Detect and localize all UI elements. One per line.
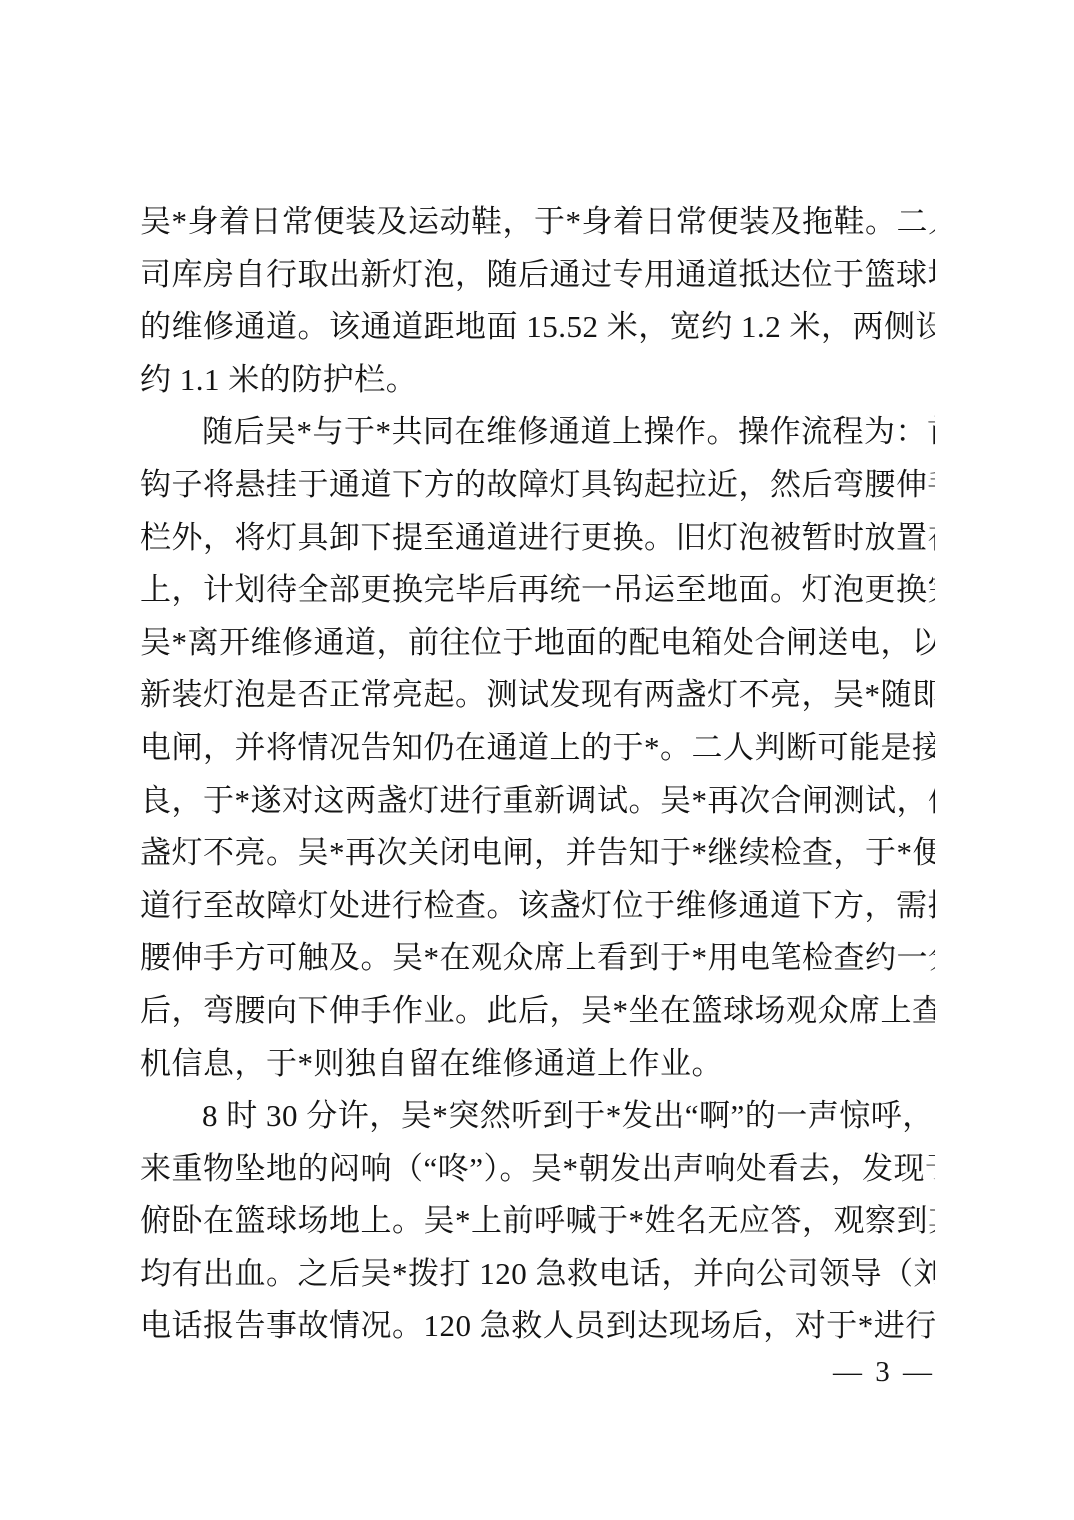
page-number: — 3 —: [833, 1356, 935, 1389]
text-line: 吴*离开维修通道，前往位于地面的配电箱处合闸送电，以测试: [140, 617, 935, 670]
text-line: 电闸，并将情况告知仍在通道上的于*。二人判断可能是接触不: [140, 722, 935, 775]
document-body: 吴*身着日常便装及运动鞋，于*身着日常便装及拖鞋。二人从公司库房自行取出新灯泡，…: [140, 196, 935, 1353]
text-line: 栏外，将灯具卸下提至通道进行更换。旧灯泡被暂时放置在通道: [140, 512, 935, 565]
paragraph-2: 随后吴*与于*共同在维修通道上操作。操作流程为：首先用钩子将悬挂于通道下方的故障…: [140, 406, 935, 1090]
text-line: 司库房自行取出新灯泡，随后通过专用通道抵达位于篮球场上方: [140, 249, 935, 302]
text-line: 盏灯不亮。吴*再次关闭电闸，并告知于*继续检查，于*便沿通: [140, 827, 935, 880]
text-line: 的维修通道。该通道距地面 15.52 米，宽约 1.2 米，两侧设有高: [140, 301, 935, 354]
text-line: 良，于*遂对这两盏灯进行重新调试。吴*再次合闸测试，仍有一: [140, 775, 935, 828]
text-line: 8 时 30 分许，吴*突然听到于*发出“啊”的一声惊呼，随即传: [140, 1090, 935, 1143]
text-line: 约 1.1 米的防护栏。: [140, 354, 935, 407]
text-line: 钩子将悬挂于通道下方的故障灯具钩起拉近，然后弯腰伸手至护: [140, 459, 935, 512]
text-line: 上，计划待全部更换完毕后再统一吊运至地面。灯泡更换完毕后，: [140, 564, 935, 617]
text-line: 机信息，于*则独自留在维修通道上作业。: [140, 1038, 935, 1091]
text-line: 随后吴*与于*共同在维修通道上操作。操作流程为：首先用: [140, 406, 935, 459]
paragraph-3: 8 时 30 分许，吴*突然听到于*发出“啊”的一声惊呼，随即传来重物坠地的闷响…: [140, 1090, 935, 1353]
text-line: 后，弯腰向下伸手作业。此后，吴*坐在篮球场观众席上查看手: [140, 985, 935, 1038]
text-line: 吴*身着日常便装及运动鞋，于*身着日常便装及拖鞋。二人从公: [140, 196, 935, 249]
text-line: 均有出血。之后吴*拨打 120 急救电话，并向公司领导（刘*波）: [140, 1248, 935, 1301]
text-line: 腰伸手方可触及。吴*在观众席上看到于*用电笔检查约一分钟: [140, 932, 935, 985]
document-page: 吴*身着日常便装及运动鞋，于*身着日常便装及拖鞋。二人从公司库房自行取出新灯泡，…: [0, 0, 1074, 1520]
text-line: 道行至故障灯处进行检查。该盏灯位于维修通道下方，需探身弯: [140, 880, 935, 933]
text-line: 来重物坠地的闷响（“咚”）。吴*朝发出声响处看去，发现于*已: [140, 1143, 935, 1196]
paragraph-1: 吴*身着日常便装及运动鞋，于*身着日常便装及拖鞋。二人从公司库房自行取出新灯泡，…: [140, 196, 935, 406]
text-line: 新装灯泡是否正常亮起。测试发现有两盏灯不亮，吴*随即关闭: [140, 669, 935, 722]
text-line: 电话报告事故情况。120 急救人员到达现场后，对于*进行检查: [140, 1300, 935, 1353]
text-line: 俯卧在篮球场地上。吴*上前呼喊于*姓名无应答，观察到其口鼻: [140, 1195, 935, 1248]
